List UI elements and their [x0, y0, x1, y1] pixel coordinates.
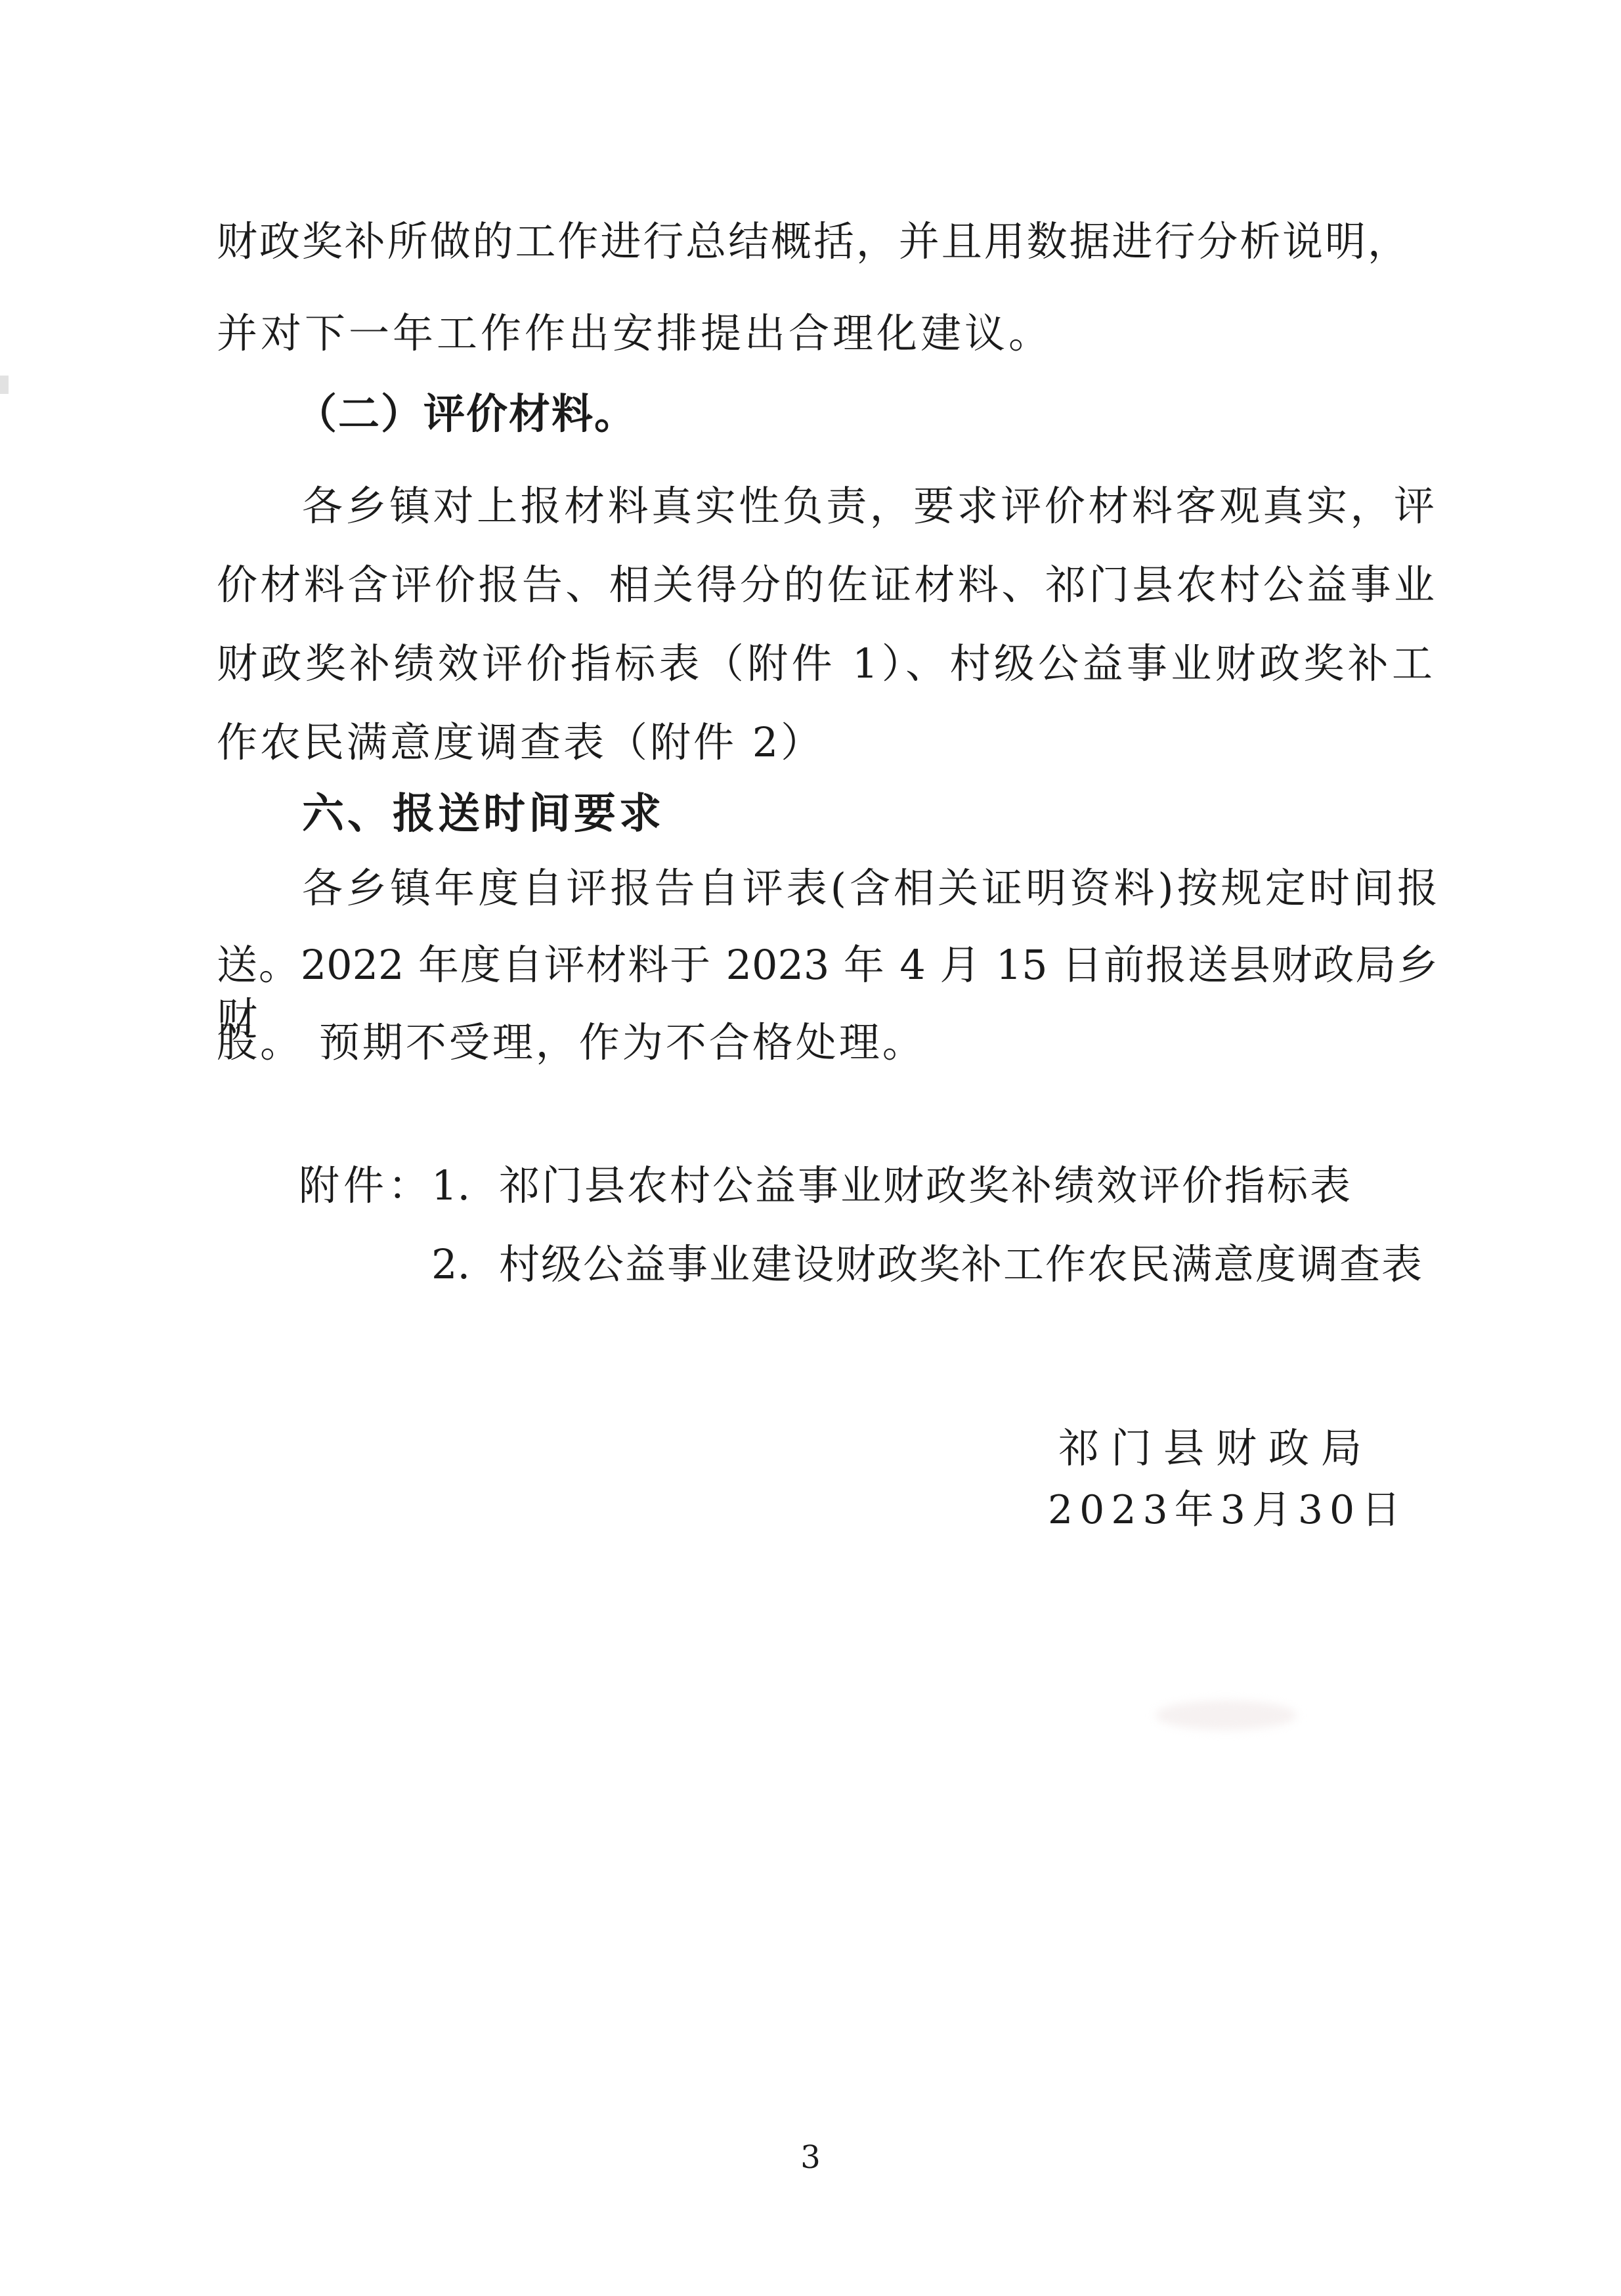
scan-smudge-artifact	[1156, 1700, 1297, 1730]
paragraph-3-line-1: 各乡镇年度自评报告自评表(含相关证明资料)按规定时间报	[302, 862, 1438, 915]
paragraph-2-line-2: 价材料含评价报告、相关得分的佐证材料、祁门县农村公益事业	[217, 559, 1435, 611]
section-heading-6: 六、报送时间要求	[302, 788, 664, 840]
paragraph-1-line-2: 并对下一年工作作出安排提出合理化建议。	[217, 307, 1052, 360]
signature-date: 2023年3月30日	[1048, 1479, 1407, 1535]
section-heading-2: （二）评价材料。	[295, 387, 637, 440]
signature-organization: 祁门县财政局	[1058, 1416, 1373, 1474]
page-number: 3	[0, 2139, 1621, 2176]
attachment-2-title: 村级公益事业建设财政奖补工作农民满意度调查表	[499, 1238, 1423, 1291]
paragraph-2-line-4: 作农民满意度调查表（附件 2）	[217, 716, 824, 769]
attachment-2-number: 2.	[431, 1238, 470, 1291]
attachment-1-number: 1.	[431, 1159, 470, 1212]
paragraph-1-line-1: 财政奖补所做的工作进行总结概括，并且用数据进行分析说明，	[217, 215, 1408, 268]
document-page: 财政奖补所做的工作进行总结概括，并且用数据进行分析说明， 并对下一年工作作出安排…	[0, 0, 1621, 2296]
attachments-label: 附件：	[299, 1159, 433, 1212]
paragraph-3-line-3: 股。 预期不受理，作为不合格处理。	[217, 1016, 926, 1069]
scan-edge-artifact	[0, 376, 9, 394]
paragraph-2-line-3: 财政奖补绩效评价指标表（附件 1）、村级公益事业财政奖补工	[217, 638, 1433, 690]
attachment-1-title: 祁门县农村公益事业财政奖补绩效评价指标表	[499, 1159, 1352, 1212]
paragraph-2-line-1: 各乡镇对上报材料真实性负责，要求评价材料客观真实，评	[302, 480, 1435, 532]
